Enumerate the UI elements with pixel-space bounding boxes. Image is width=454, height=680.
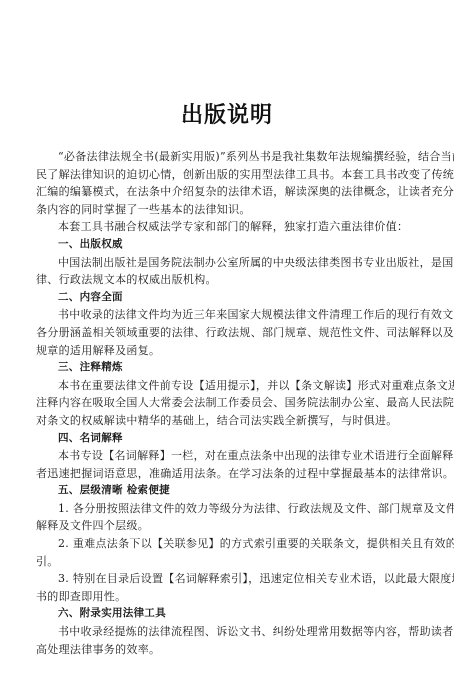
- paragraph-line: 2. 重难点法条下以【关联参见】的方式索引重要的关联条文，提供相关且有效的条文援: [36, 535, 416, 553]
- section-heading-annotations: 三、注释精炼: [36, 359, 416, 377]
- paragraph-line: “必备法律法规全书(最新实用版)”系列丛书是我社集数年法规编撰经验，结合当前公: [36, 148, 416, 166]
- page-title: 出版说明: [0, 98, 454, 129]
- section-heading-appendix-tools: 六、附录实用法律工具: [36, 605, 416, 623]
- paragraph-line: 解释及文件四个层级。: [36, 517, 416, 535]
- paragraph-line: 中国法制出版社是国务院法制办公室所属的中央级法律类图书专业出版社，是国家法: [36, 254, 416, 272]
- paragraph-line: 本书专设【名词解释】一栏，对在重点法条中出现的法律专业术语进行全面解释，帮助读: [36, 447, 416, 465]
- paragraph-line: 注释内容在吸取全国人大常委会法制工作委员会、国务院法制办公室、最高人民法院等部门: [36, 394, 416, 412]
- paragraph-line: 3. 特别在目录后设置【名词解释索引】，迅速定位相关专业术语，以此最大限度地提高…: [36, 570, 416, 588]
- paragraph-line: 引。: [36, 553, 416, 571]
- paragraph-line: 者迅速把握词语意思，准确适用法条。在学习法条的过程中掌握最基本的法律常识。: [36, 465, 416, 483]
- paragraph-line: 书中收录的法律文件均为近三年来国家大规模法律文件清理工作后的现行有效文本。: [36, 306, 416, 324]
- section-heading-comprehensive: 二、内容全面: [36, 289, 416, 307]
- paragraph-line: 书的即查即用性。: [36, 588, 416, 606]
- section-heading-authority: 一、出版权威: [36, 236, 416, 254]
- paragraph-line: 本书在重要法律文件前专设【适用提示】，并以【条文解读】形式对重难点条文进行阐释，: [36, 377, 416, 395]
- section-heading-hierarchy: 五、层级清晰 检索便捷: [36, 482, 416, 500]
- paragraph-line: 对条文的权威解读中精华的基础上，结合司法实践全新撰写，与时俱进。: [36, 412, 416, 430]
- paragraph-line: 1. 各分册按照法律文件的效力等级分为法律、行政法规及文件、部门规章及文件、司法: [36, 500, 416, 518]
- paragraph-line: 民了解法律知识的迫切心情，创新出版的实用型法律工具书。本套工具书改变了传统法规: [36, 166, 416, 184]
- paragraph-line: 汇编的编纂模式，在法条中介绍复杂的法律术语，解读深奥的法律概念，让读者充分理解法: [36, 183, 416, 201]
- publication-note-body: “必备法律法规全书(最新实用版)”系列丛书是我社集数年法规编撰经验，结合当前公 …: [36, 148, 416, 658]
- paragraph-line: 律、行政法规文本的权威出版机构。: [36, 271, 416, 289]
- paragraph-line: 本套工具书融合权威法学专家和部门的解释，独家打造六重法律价值：: [36, 218, 416, 236]
- paragraph-line: 规章的适用解释及函复。: [36, 342, 416, 360]
- paragraph-line: 书中收录经提炼的法律流程图、诉讼文书、纠纷处理常用数据等内容，帮助读者大大提: [36, 623, 416, 641]
- section-heading-glossary: 四、名词解释: [36, 430, 416, 448]
- paragraph-line: 各分册涵盖相关领域重要的法律、行政法规、部门规章、规范性文件、司法解释以及法律法…: [36, 324, 416, 342]
- paragraph-line: 高处理法律事务的效率。: [36, 641, 416, 659]
- paragraph-line: 条内容的同时掌握了一些基本的法律知识。: [36, 201, 416, 219]
